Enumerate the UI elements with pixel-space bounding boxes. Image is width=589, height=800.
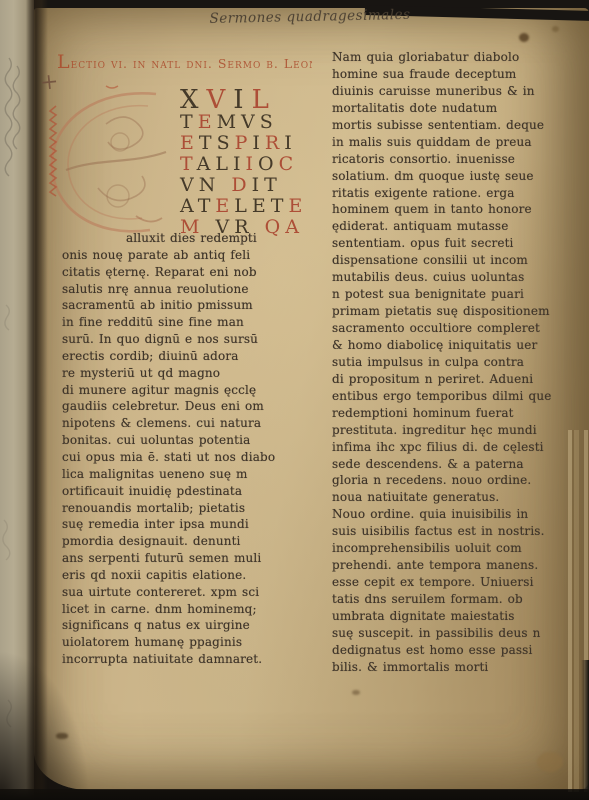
manuscript-text-line: hominem quem in tanto honore [332,202,577,219]
manuscript-text-line: di propositum n periret. Adueni [332,372,577,389]
stain-mark [519,33,529,42]
manuscript-text-line: significans q natus ex uirgine [62,618,317,635]
manuscript-text-line: sententiam. opus fuit secreti [332,236,577,253]
manuscript-text-line: gaudiis celebretur. Deus eni om [62,399,317,416]
stain-mark [352,690,360,695]
manuscript-text-line: mortis subisse sententiam. deque [332,118,577,135]
manuscript-text-line: ędiderat. antiquam mutasse [332,219,577,236]
display-capitals-row: VN DIT [180,175,315,196]
manuscript-text-line: licet in carne. dnm hominemq; [62,602,317,619]
manuscript-text-line: re mysteriū ut qd magno [62,366,317,383]
manuscript-text-line: suis uisibilis factus est in nostris. [332,524,577,541]
display-capitals-row: TEMVS [180,112,315,133]
text-column-right: Nam quia gloriabatur diabolohomine sua f… [332,50,577,677]
manuscript-text-line: gloria n recedens. nouo ordine. [332,473,577,490]
manuscript-text-line: ricatoris consortio. inuenisse [332,152,577,169]
manuscript-text-line: citatis ęternę. Reparat eni nob [62,265,317,282]
manuscript-text-line: eris qd noxii capitis elatione. [62,568,317,585]
manuscript-text-line: umbrata dignitate maiestatis [332,609,577,626]
manuscript-text-line: infima ihc xpc filius di. de cęlesti [332,440,577,457]
manuscript-text-line: sacramentū ab initio pmissum [62,298,317,315]
manuscript-text-line: pmordia designauit. denunti [62,534,317,551]
text-column-left: alluxit dies redemptionis nouę parate ab… [62,231,317,669]
manuscript-text-line: alluxit dies redempti [126,231,317,248]
display-capitals-row: ATELETE [180,196,315,217]
manuscript-text-line: sacramento occultiore compleret [332,321,577,338]
manuscript-text-line: in malis suis quiddam de preua [332,135,577,152]
manuscript-text-line: ans serpenti futurū semen muli [62,551,317,568]
manuscript-text-line: & homo diabolicę iniquitatis uer [332,338,577,355]
manuscript-text-line: suę remedia inter ipsa mundi [62,517,317,534]
manuscript-text-line: entibus ergo temporibus dilmi que [332,389,577,406]
manuscript-text-line: bonitas. cui uoluntas potentia [62,433,317,450]
manuscript-text-line: dedignatus est homo esse passi [332,643,577,660]
manuscript-text-line: tatis dns seruilem formam. ob [332,592,577,609]
manuscript-text-line: diuinis caruisse muneribus & in [332,84,577,101]
display-capitals-row: XVIL [180,88,315,112]
manuscript-text-line: ritatis exigente ratione. erga [332,186,577,203]
manuscript-text-line: onis nouę parate ab antiq feli [62,248,317,265]
cross-mark-icon: + [39,69,60,96]
manuscript-text-line: sutia impulsus in culpa contra [332,355,577,372]
manuscript-text-line: redemptioni hominum fuerat [332,406,577,423]
manuscript-text-line: di munere agitur magnis ęcclę [62,383,317,400]
manuscript-text-line: mutabilis deus. cuius uoluntas [332,270,577,287]
manuscript-text-line: noua natiuitate generatus. [332,490,577,507]
manuscript-text-line: solatium. dm quoque iustę seue [332,169,577,186]
manuscript-text-line: homine sua fraude deceptum [332,67,577,84]
manuscript-text-line: Nam quia gloriabatur diabolo [332,50,577,67]
manuscript-text-line: renouandis mortalib; pietatis [62,501,317,518]
ink-smudge [56,733,68,739]
manuscript-text-line: lica malignitas ueneno suę m [62,467,317,484]
manuscript-text-line: incomprehensibilis uoluit com [332,541,577,558]
illuminated-initial-E-icon [36,84,188,244]
manuscript-text-line: ortificauit inuidię pdestinata [62,484,317,501]
manuscript-text-line: bilis. & immortalis morti [332,660,577,677]
manuscript-text-line: surū. In quo dignū e nos sursū [62,332,317,349]
bottom-left-corner-shadow [0,650,90,800]
manuscript-text-line: mortalitatis dote nudatum [332,101,577,118]
manuscript-text-line: uiolatorem humanę ppaginis [62,635,317,652]
photo-bottom-border [0,789,589,800]
manuscript-text-line: Nouo ordine. quia inuisibilis in [332,507,577,524]
manuscript-text-line: salutis nrę annua reuolutione [62,282,317,299]
manuscript-text-line: suę suscepit. in passibilis deus n [332,626,577,643]
manuscript-text-line: sua uirtute contereret. xpm sci [62,585,317,602]
manuscript-text-line: esse cepit ex tempore. Uniuersi [332,575,577,592]
manuscript-text-line: prestituta. ingreditur hęc mundi [332,423,577,440]
display-capitals: XVILTEMVSETSPIRITALIIOCVN DITATELETEM VR… [180,88,315,238]
stain-mark [552,26,559,32]
page-right-edge-shadow [581,660,589,794]
manuscript-photo: Sermones quadragesimales Lectio vi. in n… [0,0,589,800]
manuscript-text-line: nipotens & clemens. cui natura [62,416,317,433]
manuscript-text-line: prehendi. ante tempora manens. [332,558,577,575]
stain-mark [537,752,563,772]
manuscript-text-line: n potest sua benignitate puari [332,287,577,304]
manuscript-text-line: cui opus mia ē. stati ut nos diabo [62,450,317,467]
manuscript-text-line: in fine redditū sine fine man [62,315,317,332]
manuscript-text-line: primam pietatis suę dispositionem [332,304,577,321]
display-capitals-row: TALIIOC [180,154,315,175]
display-capitals-row: ETSPIRI [180,133,315,154]
manuscript-text-line: incorrupta natiuitate damnaret. [62,652,317,669]
manuscript-text-line: erectis cordib; diuinū adora [62,349,317,366]
rubric-incipit: Lectio vi. in natl dni. Sermo b. Leonis [57,51,312,73]
manuscript-text-line: sede descendens. & a paterna [332,457,577,474]
manuscript-text-line: dispensatione consilii ut incom [332,253,577,270]
